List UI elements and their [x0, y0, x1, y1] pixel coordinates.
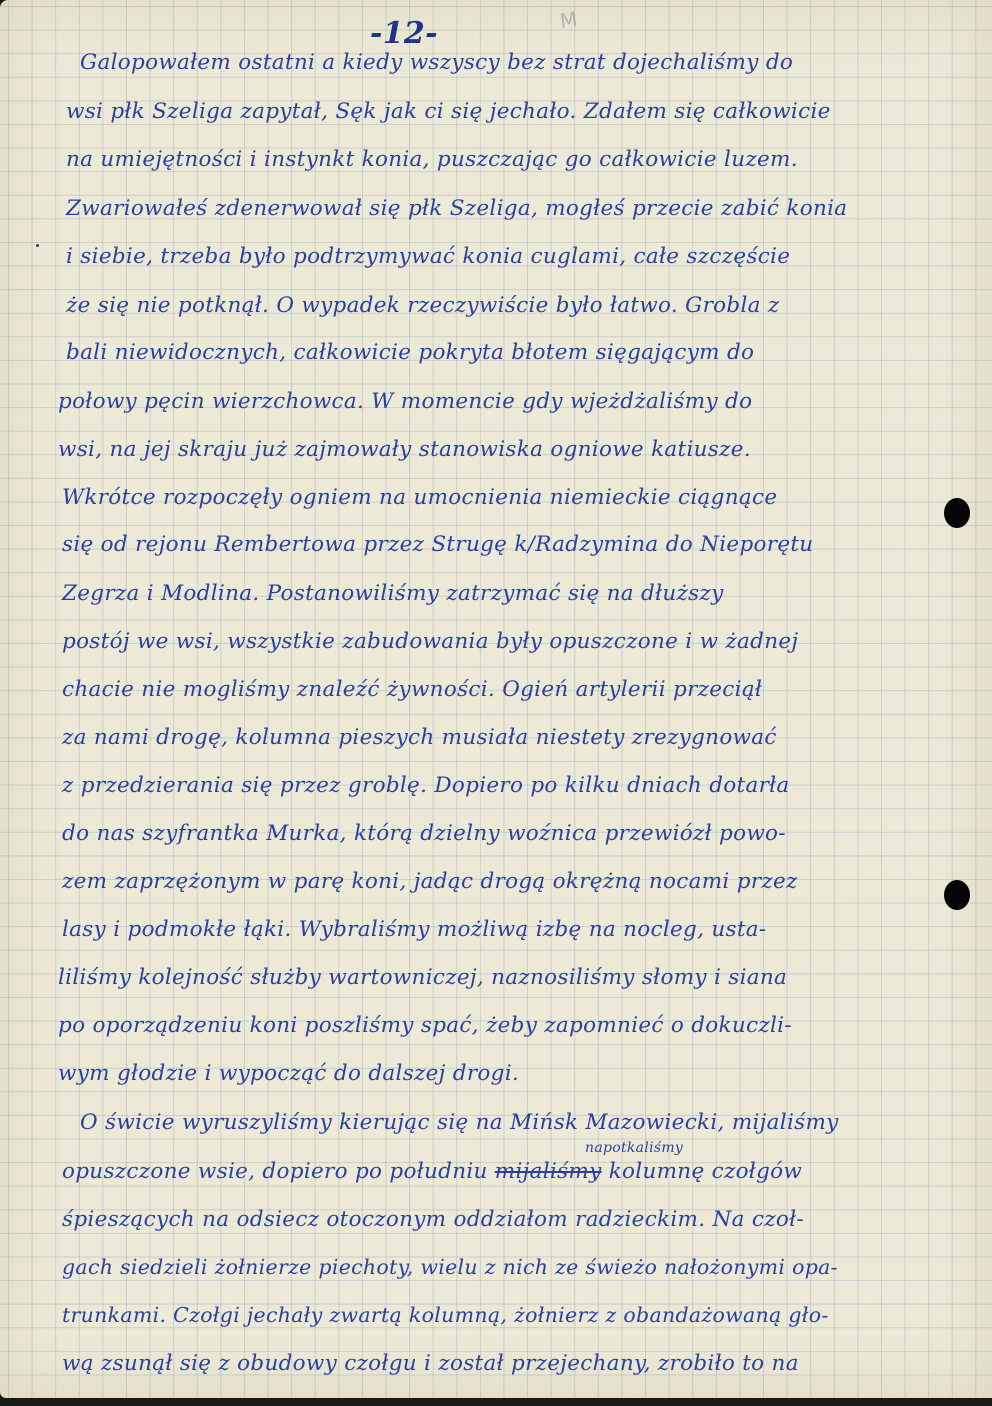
text-line-12: Zegrza i Modlina. Postanowiliśmy zatrzym… [62, 581, 724, 606]
text-line-13: postój we wsi, wszystkie zabudowania był… [62, 629, 798, 654]
text-line-22: wym głodzie i wypocząć do dalszej drogi. [58, 1061, 519, 1086]
text-line-4: Zwariowałeś zdenerwował się płk Szeliga,… [66, 196, 847, 221]
struck-out-word: mijaliśmy [495, 1159, 602, 1184]
text-line-25: śpieszących na odsiecz otoczonym oddział… [62, 1207, 804, 1232]
text-line-19: lasy i podmokłe łąki. Wybraliśmy możliwą… [62, 917, 766, 942]
text-line-10: Wkrótce rozpoczęły ogniem na umocnienia … [62, 485, 777, 510]
text-line-26: gach siedzieli żołnierze piechoty, wielu… [62, 1255, 838, 1279]
text-line-17: do nas szyfrantka Murka, którą dzielny w… [62, 821, 786, 846]
text-line-24-before: opuszczone wsie, dopiero po południu [62, 1159, 495, 1184]
text-line-9: wsi, na jej skraju już zajmowały stanowi… [58, 437, 751, 462]
punch-hole-top [944, 498, 970, 528]
text-line-24-after: kolumnę czołgów [602, 1159, 803, 1184]
text-line-5: i siebie, trzeba było podtrzymywać konia… [66, 244, 790, 269]
text-line-16: z przedzierania się przez groblę. Dopier… [62, 773, 790, 798]
text-line-15: za nami drogę, kolumna pieszych musiała … [62, 725, 777, 750]
text-line-28: wą zsunął się z obudowy czołgu i został … [62, 1351, 799, 1376]
text-line-24: opuszczone wsie, dopiero po południu mij… [62, 1159, 802, 1184]
text-line-6: że się nie potknął. O wypadek rzeczywiśc… [66, 293, 780, 318]
handwritten-page: M -12- Galopowałem ostatni a kiedy wszys… [0, 0, 992, 1398]
text-line-11: się od rejonu Rembertowa przez Strugę k/… [62, 532, 813, 557]
page-number: -12- [370, 16, 438, 51]
text-line-7: bali niewidocznych, całkowicie pokryta b… [66, 340, 754, 365]
text-line-21: po oporządzeniu koni poszliśmy spać, żeb… [58, 1013, 792, 1038]
text-line-18: zem zaprzężonym w parę koni, jadąc drogą… [62, 869, 798, 894]
text-line-2: wsi płk Szeliga zapytał, Sęk jak ci się … [66, 99, 831, 124]
text-line-20: liliśmy kolejność służby wartowniczej, n… [58, 965, 787, 990]
text-line-23: O świcie wyruszyliśmy kierując się na Mi… [80, 1110, 839, 1135]
punch-hole-bottom [944, 880, 970, 910]
text-line-1: Galopowałem ostatni a kiedy wszyscy bez … [80, 50, 900, 75]
pencil-mark: M [558, 7, 578, 33]
text-line-27: trunkami. Czołgi jechały zwartą kolumną,… [62, 1303, 829, 1327]
text-line-14: chacie nie mogliśmy znaleźć żywności. Og… [62, 677, 762, 702]
stray-ink-dot [36, 244, 39, 247]
text-line-8: połowy pęcin wierzchowca. W momencie gdy… [58, 389, 752, 414]
text-line-3: na umiejętności i instynkt konia, puszcz… [66, 147, 798, 172]
inserted-correction: napotkaliśmy [585, 1140, 683, 1156]
